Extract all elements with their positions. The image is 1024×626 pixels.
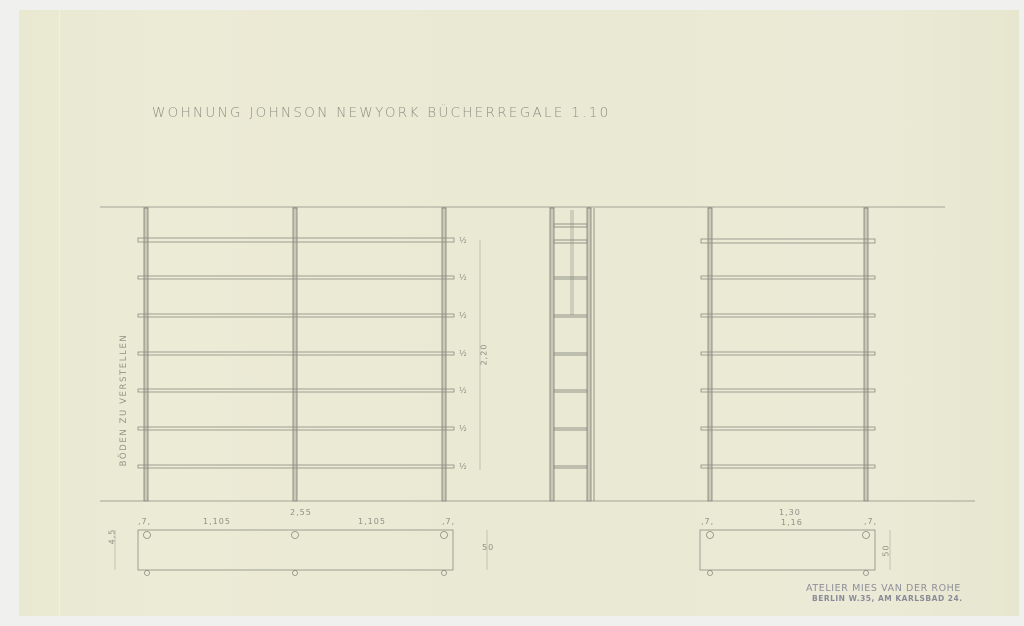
spacing-label: ½	[459, 236, 468, 245]
right-plan-depth: 50	[882, 544, 891, 556]
left-post-width: ,7,	[138, 517, 151, 526]
height-dimension: 2,20	[479, 344, 488, 366]
right-overall-width: 1,30	[779, 508, 801, 517]
atelier-stamp-line1: ATELIER MIES VAN DER ROHE	[806, 583, 961, 594]
left-plan-edge: 4,5	[107, 529, 116, 545]
right-bay-width: 1,16	[781, 518, 803, 527]
left-elevation-posts	[144, 208, 446, 501]
spacing-label: ½	[459, 311, 468, 320]
right-post-width: ,7,	[701, 517, 714, 526]
left-bay-width: 1,105	[203, 517, 231, 526]
left-plan-view	[115, 530, 487, 576]
left-bay-width: 1,105	[358, 517, 386, 526]
spacing-label: ½	[459, 349, 468, 358]
spacing-label: ½	[459, 424, 468, 433]
right-plan-view	[700, 530, 890, 576]
spacing-label: ½	[459, 386, 468, 395]
bookshelf-elevation-drawing	[0, 0, 1024, 626]
adjustable-shelves-label: BÖDEN ZU VERSTELLEN	[119, 334, 129, 467]
side-section	[550, 208, 594, 501]
right-elevation-posts	[708, 208, 868, 501]
drawing-title: WOHNUNG JOHNSON NEWYORK BÜCHERREGALE 1.1…	[152, 105, 611, 121]
spacing-label: ½	[459, 462, 468, 471]
right-elevation-shelves	[701, 239, 875, 468]
atelier-stamp-line2: BERLIN W.35, AM KARLSBAD 24.	[812, 594, 963, 603]
left-post-width: ,7,	[442, 517, 455, 526]
left-plan-depth: 50	[482, 543, 494, 552]
right-post-width: ,7,	[864, 517, 877, 526]
spacing-label: ½	[459, 273, 468, 282]
left-overall-width: 2,55	[290, 508, 312, 517]
